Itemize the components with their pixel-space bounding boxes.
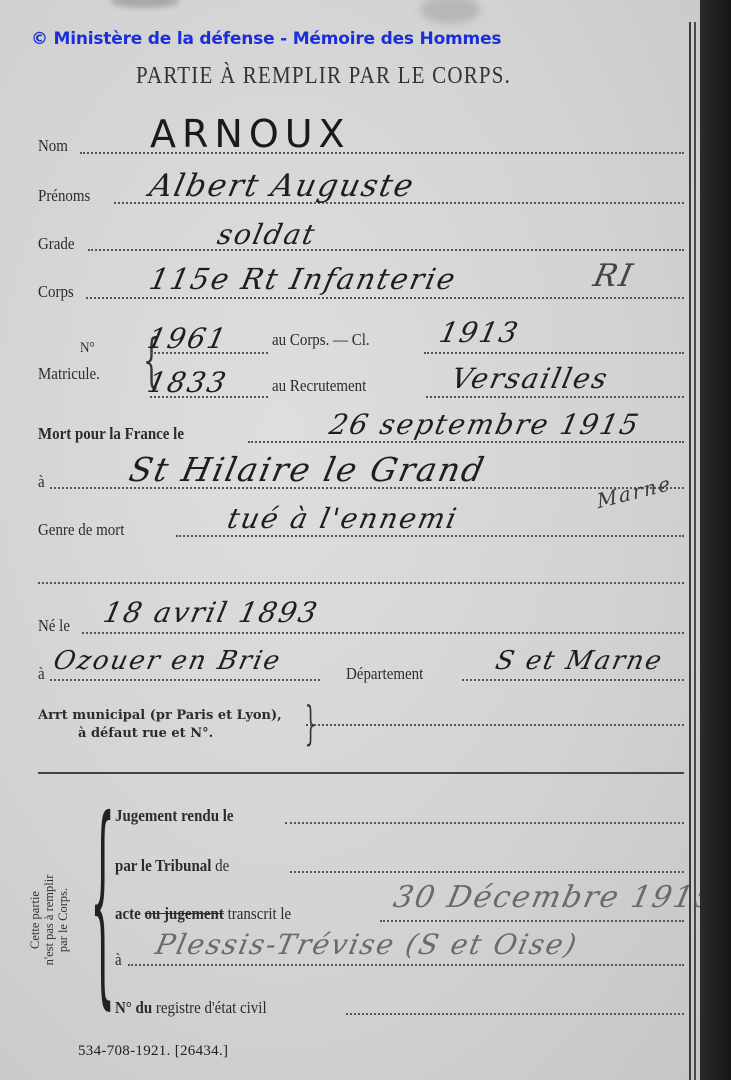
mort-pour-la-france-label: Mort pour la France le bbox=[38, 424, 184, 444]
corps-value: 115e Rt Infanterie bbox=[146, 262, 460, 296]
recrutement-value: Versailles bbox=[448, 362, 611, 395]
copyright-watermark: © Ministère de la défense - Mémoire des … bbox=[31, 29, 501, 49]
arrondissement-label-line1: Arrt municipal (pr Paris et Lyon), bbox=[38, 708, 282, 723]
paper-stain bbox=[420, 0, 480, 24]
binding-edge bbox=[700, 0, 731, 1080]
paper-stain bbox=[110, 0, 180, 8]
corps-number-value: 1961 bbox=[144, 322, 230, 355]
genre-de-mort-label: Genre de mort bbox=[38, 520, 124, 540]
genre-de-mort-value: tué à l'ennemi bbox=[224, 502, 461, 535]
blank-dotted-line bbox=[38, 582, 684, 584]
grade-label: Grade bbox=[38, 234, 75, 254]
acte-transcrit-label: acte ou jugement transcrit le bbox=[115, 904, 291, 924]
classe-value: 1913 bbox=[436, 316, 522, 349]
lieu-naissance-value: Ozouer en Brie bbox=[51, 646, 285, 676]
grade-value: soldat bbox=[214, 218, 319, 251]
prenoms-value: Albert Auguste bbox=[146, 168, 418, 204]
acte-transcrit-value: 30 Décembre 1915 bbox=[390, 880, 719, 915]
lieu-deces-annotation: Marne bbox=[595, 471, 673, 513]
border-rule bbox=[689, 22, 691, 1080]
corps-dotted-line bbox=[86, 297, 684, 299]
border-rule bbox=[694, 22, 696, 1080]
recrutement-dotted-line bbox=[426, 396, 684, 398]
side-note-line3: par le Corps. bbox=[56, 845, 70, 995]
section-separator bbox=[38, 772, 684, 774]
departement-label: Département bbox=[346, 664, 423, 684]
departement-value: S et Marne bbox=[493, 646, 666, 676]
tribunal-dotted-line bbox=[290, 871, 684, 873]
corps-label: Corps bbox=[38, 282, 74, 302]
lieu-deces-value: St Hilaire le Grand bbox=[126, 450, 489, 489]
side-note-line2: n'est pas à remplir bbox=[42, 845, 56, 995]
prenoms-label: Prénoms bbox=[38, 186, 90, 206]
arrondissement-dotted-line bbox=[306, 724, 684, 726]
nom-label: Nom bbox=[38, 136, 68, 156]
form-heading: PARTIE À REMPLIR PAR LE CORPS. bbox=[136, 61, 511, 90]
side-note-line1: Cette partie bbox=[28, 845, 42, 995]
lieu-naissance-label: à bbox=[38, 664, 45, 684]
mort-date-dotted-line bbox=[248, 441, 684, 443]
grade-dotted-line bbox=[88, 249, 684, 251]
au-corps-label: au Corps. — Cl. bbox=[272, 330, 370, 350]
departement-dotted-line bbox=[462, 679, 684, 681]
mort-date-value: 26 septembre 1915 bbox=[326, 408, 643, 441]
classe-dotted-line bbox=[424, 352, 684, 354]
jugement-rendu-label: Jugement rendu le bbox=[115, 806, 234, 826]
jugement-rendu-dotted-line bbox=[285, 822, 684, 824]
tribunal-label: par le Tribunal de bbox=[115, 856, 229, 876]
printer-code: 534-708-1921. [26434.] bbox=[78, 1043, 228, 1060]
lieu-deces-label: à bbox=[38, 472, 45, 492]
registre-label: N° du registre d'état civil bbox=[115, 998, 267, 1018]
nom-value: ARNOUX bbox=[150, 112, 351, 156]
acte-transcrit-dotted-line bbox=[380, 920, 684, 922]
arrondissement-label-line2: à défaut rue et N°. bbox=[78, 726, 213, 741]
registre-dotted-line bbox=[346, 1013, 684, 1015]
transcription-lieu-value: Plessis-Trévise (S et Oise) bbox=[152, 928, 581, 961]
au-recrutement-label: au Recrutement bbox=[272, 376, 366, 396]
ne-le-value: 18 avril 1893 bbox=[100, 596, 322, 629]
corps-annotation: RI bbox=[590, 258, 637, 294]
transcription-lieu-dotted-line bbox=[128, 964, 684, 966]
recrutement-number-value: 1833 bbox=[144, 366, 230, 399]
lieu-naissance-dotted-line bbox=[50, 679, 320, 681]
genre-de-mort-dotted-line bbox=[176, 535, 684, 537]
matricule-no-label: N° bbox=[80, 340, 95, 357]
jugement-brace: { bbox=[90, 800, 115, 1000]
matricule-label: Matricule. bbox=[38, 364, 100, 384]
ne-le-label: Né le bbox=[38, 616, 70, 636]
ne-le-dotted-line bbox=[82, 632, 684, 634]
arrondissement-brace: { bbox=[305, 696, 317, 750]
death-record-card: © Ministère de la défense - Mémoire des … bbox=[0, 0, 700, 1080]
transcription-lieu-label: à bbox=[115, 950, 122, 970]
